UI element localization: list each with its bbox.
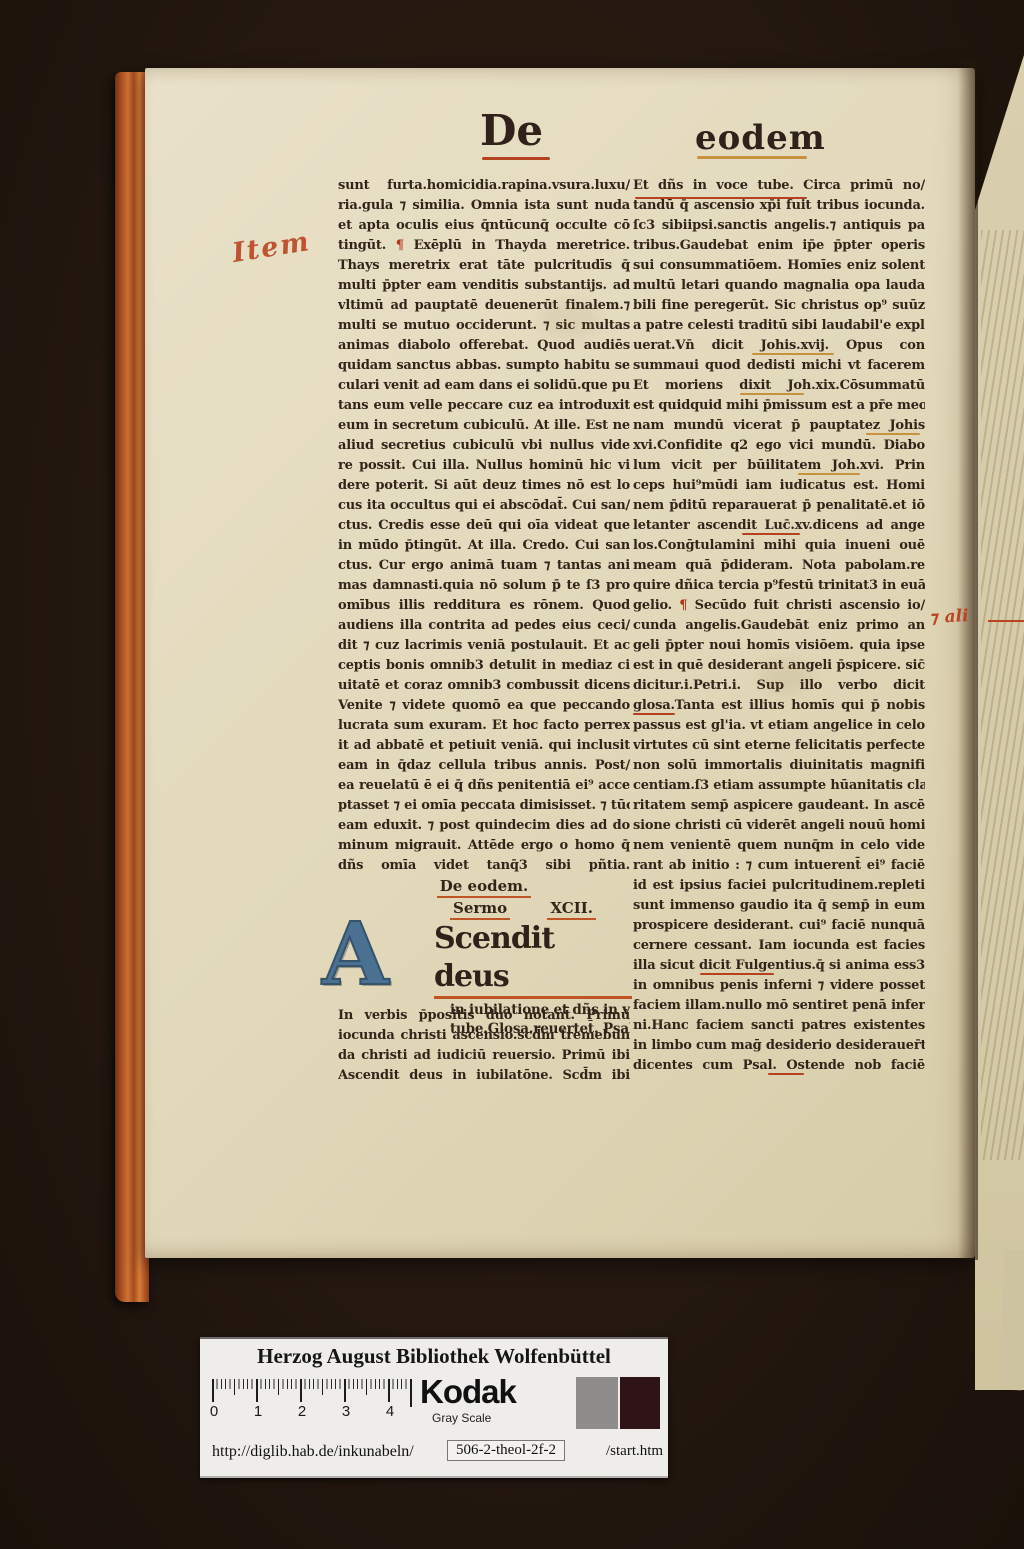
text-line: los.Conḡtulamini mihi quia inueni ouē xyxy=(633,536,925,556)
text-line: quire dñica tercia p⁹festū trinitat3 in … xyxy=(633,576,925,596)
ruler-end-bar xyxy=(410,1379,412,1407)
text-line: Thays meretrix erat tāte pulcritudīs q̄ xyxy=(338,256,630,276)
text-line: summaui quod dedisti michi vt facerem xyxy=(633,356,925,376)
text-line: ni.Hanc faciem sancti patres existentes xyxy=(633,1016,925,1036)
text-line: cernere cessant. Iam iocunda est facies xyxy=(633,936,925,956)
text-line: glosa.Tanta est illius homīs qui p̄ nobi… xyxy=(633,696,925,716)
text-line: in omnibus penis inferni ⁊ videre posset xyxy=(633,976,925,996)
facing-page-edge xyxy=(975,55,1024,1390)
text-line: it ad abbatē et petiuit veniā. qui inclu… xyxy=(338,736,630,756)
black-scale-patch xyxy=(620,1377,660,1429)
text-line: ctus. Cur ergo animā tuam ⁊ tantas ani xyxy=(338,556,630,576)
text-line: Venite ⁊ videte quomō ea que peccando xyxy=(338,696,630,716)
text-line: faciem illam.nullo mō sentiret penā infe… xyxy=(633,996,925,1016)
text-line: xvi.Confidite q2 ego vici mundū. Diabo xyxy=(633,436,925,456)
text-line: in limbo cum maḡ desiderio desiderauer̄t xyxy=(633,1036,925,1056)
paper-stain xyxy=(760,660,810,694)
right-column-lines: Et dñs in voce tube. Circa primū no/tand… xyxy=(633,176,925,1076)
text-line: nem venientē quem nunq̄m in celo vide xyxy=(633,836,925,856)
text-line: da christi ad iudiciū reuersio. Primū ib… xyxy=(338,1046,630,1066)
text-line: prospicere desiderant. cui⁹ faciē nunquā xyxy=(633,916,925,936)
text-line: virtutes cū sint eterne felicitatis perf… xyxy=(633,736,925,756)
text-line: geli p̄pter noui homīs visiōem. quia ips… xyxy=(633,636,925,656)
rubric-underline xyxy=(742,533,800,535)
text-line: aliud secretius cubiculū vbi nullus vide xyxy=(338,436,630,456)
text-line: cus ita occultus qui ei abscōdat̄. Cui s… xyxy=(338,496,630,516)
text-line: mas damnasti.quia nō solum p̄ te ſ3 pro xyxy=(338,576,630,596)
page-gutter-shadow xyxy=(958,60,978,1260)
book-fore-edge xyxy=(115,72,149,1302)
text-line: gelio. ¶ Secūdo fuit christi ascensio io… xyxy=(633,596,925,616)
ruler-ticks xyxy=(212,1379,410,1402)
rubric-underline xyxy=(633,713,675,715)
rubric-underline xyxy=(635,197,807,199)
text-line: bili fine peregerūt. Sic christus op⁹ su… xyxy=(633,296,925,316)
text-line: eum in secretum cubiculū. At ille. Est n… xyxy=(338,416,630,436)
ruler-number: 2 xyxy=(298,1403,306,1420)
text-line: omībus illis redditura es rōnem. Quod xyxy=(338,596,630,616)
margin-annotation-right: ⁊ ali xyxy=(930,606,970,628)
section-title-de-eodem: De eodem. xyxy=(338,876,630,897)
facing-page-corner xyxy=(1000,1250,1024,1391)
text-line: non solū immortalis diuinitatis magnifi xyxy=(633,756,925,776)
text-line: ritatem semp̄ aspicere gaudeant. In ascē xyxy=(633,796,925,816)
text-line: centiam.ſ3 etiam assumpte hūanitatis cla xyxy=(633,776,925,796)
incipit-sublines: in iubilatione et dñs in vocetube.Glosa.… xyxy=(450,1001,630,1039)
incipit-subline: tube.Glosa.reuertet̄. Psal. xyxy=(450,1020,630,1039)
text-line: Ascendit deus in iubilatōne. Scd̄m ibi xyxy=(338,1066,630,1086)
text-line: ceps hui⁹mūdi iam iudicatus est. Homi xyxy=(633,476,925,496)
text-line: passus est gl'ia. vt etiam angelice in c… xyxy=(633,716,925,736)
text-line: eam in q̄daz cellula tribus annis. Post/ xyxy=(338,756,630,776)
text-line: minum migrauit. Attēde ergo o homo q̄ xyxy=(338,836,630,856)
rubric-underline xyxy=(482,157,550,160)
text-line: sunt immenso gaudio ita q̄ semp̄ in eum xyxy=(633,896,925,916)
text-line: lucrata sum exuram. Et hoc facto perrex xyxy=(338,716,630,736)
text-line: ptasset ⁊ ei omīa peccata dimisisset. ⁊ … xyxy=(338,796,630,816)
text-line: et apta oculis eius q̄ntūcunq̄ occulte c… xyxy=(338,216,630,236)
text-line: culari venit ad eam dans ei solidū.que p… xyxy=(338,376,630,396)
kodak-brand: Kodak xyxy=(420,1373,516,1411)
text-line: tans eum velle peccare cuz ea introduxit xyxy=(338,396,630,416)
text-line: Et dñs in voce tube. Circa primū no/ xyxy=(633,176,925,196)
running-header-left: De xyxy=(480,106,543,155)
sermo-label: Sermo xyxy=(450,897,510,920)
text-line: id est ipsius faciei pulcritudinem.reple… xyxy=(633,876,925,896)
start-file: /start.htm xyxy=(606,1443,663,1460)
text-line: sui consummatiōem. Homīes eniz solent xyxy=(633,256,925,276)
gray-scale-caption: Gray Scale xyxy=(432,1411,491,1425)
illuminated-initial: A xyxy=(322,912,389,998)
text-line: ceptis bonis omnib3 detulit in mediaz ci xyxy=(338,656,630,676)
text-line: tingūt. ¶ Exēplū in Thayda meretrice. xyxy=(338,236,630,256)
text-line: in mūdo p̄tingūt. At illa. Credo. Cui sa… xyxy=(338,536,630,556)
section-title-text: De eodem. xyxy=(437,877,531,898)
text-line: meam quā p̄dideram. Nota pabolam.re xyxy=(633,556,925,576)
text-line: ria.gula ⁊ similia. Omnia ista sunt nuda xyxy=(338,196,630,216)
text-line: rant ab initio : ⁊ cum intuerent̄ ei⁹ fa… xyxy=(633,856,925,876)
left-column-lines: sunt furta.homicidia.rapina.vsura.luxu/r… xyxy=(338,176,630,876)
text-line: dere poterit. Si aūt deuz times nō est l… xyxy=(338,476,630,496)
text-line: dñs omīa videt tanq̄3 sibi pñtia. xyxy=(338,856,630,876)
paper-stain xyxy=(540,300,600,340)
ruler-number: 0 xyxy=(210,1403,218,1420)
text-line: multi p̄pter eam venditis substantijs. a… xyxy=(338,276,630,296)
cm-ruler: 0 1 2 3 4 xyxy=(212,1379,414,1423)
text-line: audiens illa contrita ad pedes eius ceci… xyxy=(338,616,630,636)
ruler-number: 3 xyxy=(342,1403,350,1420)
sermon-number: XCII. xyxy=(547,897,596,920)
rubric-underline xyxy=(866,433,920,435)
incipit-subline: in iubilatione et dñs in voce xyxy=(450,1001,630,1020)
digitization-url: http://diglib.hab.de/inkunabeln/ xyxy=(212,1443,414,1461)
text-line: tribus.Gaudebat enim ip̄e p̄pter operis xyxy=(633,236,925,256)
margin-annotation-dash xyxy=(988,620,1024,622)
sermon-incipit: Scendit deus xyxy=(434,920,632,999)
shelfmark: 506-2-theol-2f-2 xyxy=(447,1440,565,1461)
text-line: ctus. Credis esse deū qui oīa videat que xyxy=(338,516,630,536)
text-line: dit ⁊ cuz lacrimis veniā postulauit. Et … xyxy=(338,636,630,656)
text-line: eam eduxit. ⁊ post quindecim dies ad do xyxy=(338,816,630,836)
text-line: uitatē et coraz omnib3 combussit dicens xyxy=(338,676,630,696)
text-line: tandū q̄ ascensio xp̄i fuit tribus iocun… xyxy=(633,196,925,216)
text-line: sunt furta.homicidia.rapina.vsura.luxu/ xyxy=(338,176,630,196)
sermon-heading-block: A Scendit deus in iubilatione et dñs in … xyxy=(338,920,630,1006)
rubric-underline xyxy=(700,973,774,975)
running-header-right: eodem xyxy=(695,118,826,158)
ruler-number: 1 xyxy=(254,1403,262,1420)
text-line: a patre celesti traditū sibi laudabil'e … xyxy=(633,316,925,336)
rubric-underline xyxy=(768,1073,804,1075)
text-line: re possit. Cui illa. Nullus hominū hic v… xyxy=(338,456,630,476)
text-line: est quidquid mihi p̄missum est a pr̄e me… xyxy=(633,396,925,416)
text-line: quidam sanctus abbas. sumpto habitu se xyxy=(338,356,630,376)
label-bottom-row: http://diglib.hab.de/inkunabeln/ 506-2-t… xyxy=(200,1439,668,1469)
facing-page-bleedthrough-text xyxy=(981,230,1024,1160)
text-line: nem p̄ditū reparauerat p̄ penalitatē.et … xyxy=(633,496,925,516)
text-line: lum vicit per būilitatem Joh.xvi. Prin xyxy=(633,456,925,476)
text-line: ſc3 sibiipsi.sanctis angelis.⁊ antiquis … xyxy=(633,216,925,236)
right-column: Et dñs in voce tube. Circa primū no/tand… xyxy=(633,176,925,1076)
gray-scale-patch xyxy=(576,1377,618,1429)
text-line: sione christi cū viderēt angeli nouū hom… xyxy=(633,816,925,836)
scanned-book-photo: De eodem sunt furta.homicidia.rapina.vsu… xyxy=(0,0,1024,1549)
text-line: multū letari quando magnalia opa lauda xyxy=(633,276,925,296)
library-name: Herzog August Bibliothek Wolfenbüttel xyxy=(200,1344,668,1369)
text-line: illa sicut dicit Fulgentius.q̄ si anima … xyxy=(633,956,925,976)
ruler-number: 4 xyxy=(386,1403,394,1420)
rubric-underline xyxy=(740,393,804,395)
rubric-underline xyxy=(752,353,834,355)
text-line: animas diabolo offerebat. Quod audiēs xyxy=(338,336,630,356)
text-line: cunda angelis.Gaudebāt eniz primo an xyxy=(633,616,925,636)
rubric-underline xyxy=(798,473,860,475)
library-label: Herzog August Bibliothek Wolfenbüttel 0 … xyxy=(200,1337,668,1478)
rubric-underline xyxy=(697,156,807,159)
text-line: ea reuelatū ē ei q̄ dñs penitentiā ei⁹ a… xyxy=(338,776,630,796)
